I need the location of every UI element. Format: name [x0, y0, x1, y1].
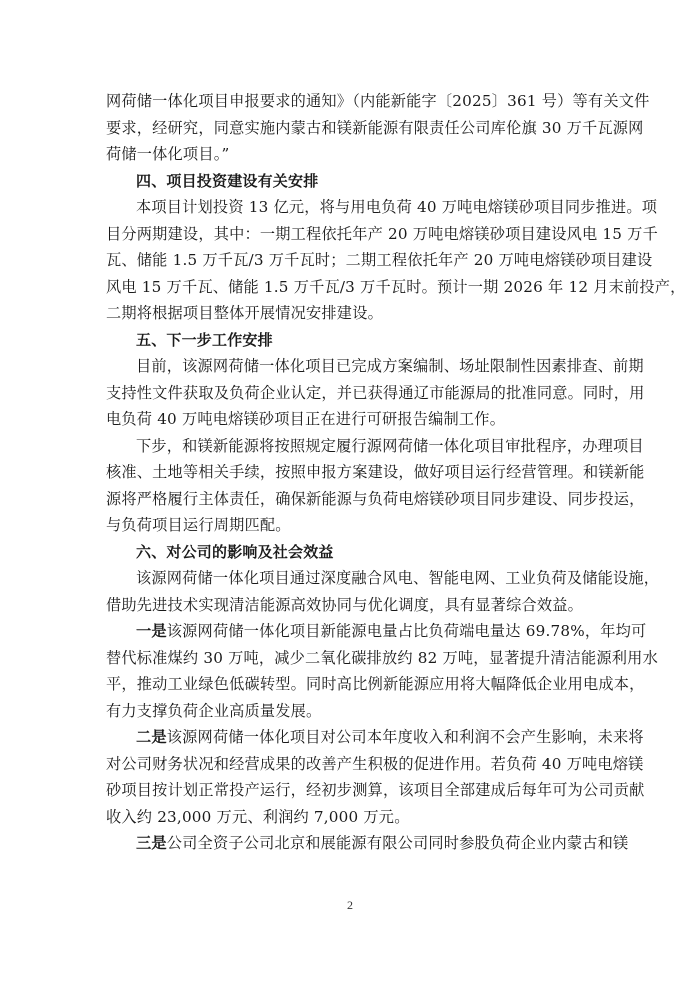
- paragraph-impact-first: 一是该源网荷储一体化项目新能源电量占比负荷端电量达 69.78%，年均可 替代标…: [106, 618, 594, 724]
- paragraph-current-status: 目前，该源网荷储一体化项目已完成方案编制、场址限制性因素排查、前期 支持性文件获…: [106, 353, 594, 433]
- text-line: 借助先进技术实现清洁能源高效协同与优化调度，具有显著综合效益。: [106, 592, 594, 619]
- page-number: 2: [0, 898, 700, 913]
- text-span: 该源网荷储一体化项目对公司本年度收入和利润不会产生影响，未来将: [167, 728, 644, 746]
- text-line: 核准、土地等相关手续，按照申报方案建设，做好项目运行经营管理。和镁新能: [106, 459, 594, 486]
- text-line: 电负荷 40 万吨电熔镁砂项目正在进行可研报告编制工作。: [106, 406, 594, 433]
- paragraph-approval-quote: 网荷储一体化项目申报要求的通知》（内能新能字〔2025〕361 号）等有关文件 …: [106, 88, 594, 168]
- lead-label: 二是: [136, 728, 167, 746]
- paragraph-impact-intro: 该源网荷储一体化项目通过深度融合风电、智能电网、工业负荷及储能设施， 借助先进技…: [106, 565, 594, 618]
- text-line: 本项目计划投资 13 亿元，将与用电负荷 40 万吨电熔镁砂项目同步推进。项: [106, 194, 594, 221]
- text-line: 目前，该源网荷储一体化项目已完成方案编制、场址限制性因素排查、前期: [106, 353, 594, 380]
- text-line: 要求，经研究，同意实施内蒙古和镁新能源有限责任公司库伦旗 30 万千瓦源网: [106, 115, 594, 142]
- paragraph-impact-third: 三是公司全资子公司北京和展能源有限公司同时参股负荷企业内蒙古和镁: [106, 830, 594, 857]
- text-line: 瓦、储能 1.5 万千瓦/3 万千瓦时；二期工程依托年产 20 万吨电熔镁砂项目…: [106, 247, 594, 274]
- document-page: 网荷储一体化项目申报要求的通知》（内能新能字〔2025〕361 号）等有关文件 …: [106, 88, 594, 857]
- paragraph-investment: 本项目计划投资 13 亿元，将与用电负荷 40 万吨电熔镁砂项目同步推进。项 目…: [106, 194, 594, 327]
- section-heading-next-steps: 五、下一步工作安排: [106, 327, 594, 354]
- text-line: 砂项目按计划正常投产运行，经初步测算，该项目全部建成后每年可为公司贡献: [106, 777, 594, 804]
- section-heading-investment: 四、项目投资建设有关安排: [106, 168, 594, 195]
- paragraph-next-plan: 下步，和镁新能源将按照规定履行源网荷储一体化项目审批程序，办理项目 核准、土地等…: [106, 433, 594, 539]
- text-line: 一是该源网荷储一体化项目新能源电量占比负荷端电量达 69.78%，年均可: [106, 618, 594, 645]
- text-line: 替代标准煤约 30 万吨，减少二氧化碳排放约 82 万吨，显著提升清洁能源利用水: [106, 645, 594, 672]
- text-line: 平，推动工业绿色低碳转型。同时高比例新能源应用将大幅降低企业用电成本，: [106, 671, 594, 698]
- text-line: 与负荷项目运行周期匹配。: [106, 512, 594, 539]
- section-heading-impact: 六、对公司的影响及社会效益: [106, 539, 594, 566]
- text-line: 有力支撑负荷企业高质量发展。: [106, 698, 594, 725]
- text-line: 目分两期建设，其中：一期工程依托年产 20 万吨电熔镁砂项目建设风电 15 万千: [106, 221, 594, 248]
- text-line: 源将严格履行主体责任，确保新能源与负荷电熔镁砂项目同步建设、同步投运，: [106, 486, 594, 513]
- text-span: 公司全资子公司北京和展能源有限公司同时参股负荷企业内蒙古和镁: [167, 834, 629, 852]
- lead-label: 三是: [136, 834, 167, 852]
- lead-label: 一是: [136, 622, 167, 640]
- text-line: 二期将根据项目整体开展情况安排建设。: [106, 300, 594, 327]
- text-line: 收入约 23,000 万元、利润约 7,000 万元。: [106, 804, 594, 831]
- text-line: 下步，和镁新能源将按照规定履行源网荷储一体化项目审批程序，办理项目: [106, 433, 594, 460]
- text-line: 三是公司全资子公司北京和展能源有限公司同时参股负荷企业内蒙古和镁: [106, 830, 594, 857]
- text-line: 风电 15 万千瓦、储能 1.5 万千瓦/3 万千瓦时。预计一期 2026 年 …: [106, 274, 594, 301]
- text-span: 该源网荷储一体化项目新能源电量占比负荷端电量达 69.78%，年均可: [167, 622, 647, 640]
- text-line: 该源网荷储一体化项目通过深度融合风电、智能电网、工业负荷及储能设施，: [106, 565, 594, 592]
- text-line: 二是该源网荷储一体化项目对公司本年度收入和利润不会产生影响，未来将: [106, 724, 594, 751]
- text-line: 对公司财务状况和经营成果的改善产生积极的促进作用。若负荷 40 万吨电熔镁: [106, 751, 594, 778]
- text-line: 支持性文件获取及负荷企业认定，并已获得通辽市能源局的批准同意。同时，用: [106, 380, 594, 407]
- text-line: 荷储一体化项目。”: [106, 141, 594, 168]
- paragraph-impact-second: 二是该源网荷储一体化项目对公司本年度收入和利润不会产生影响，未来将 对公司财务状…: [106, 724, 594, 830]
- text-line: 网荷储一体化项目申报要求的通知》（内能新能字〔2025〕361 号）等有关文件: [106, 88, 594, 115]
